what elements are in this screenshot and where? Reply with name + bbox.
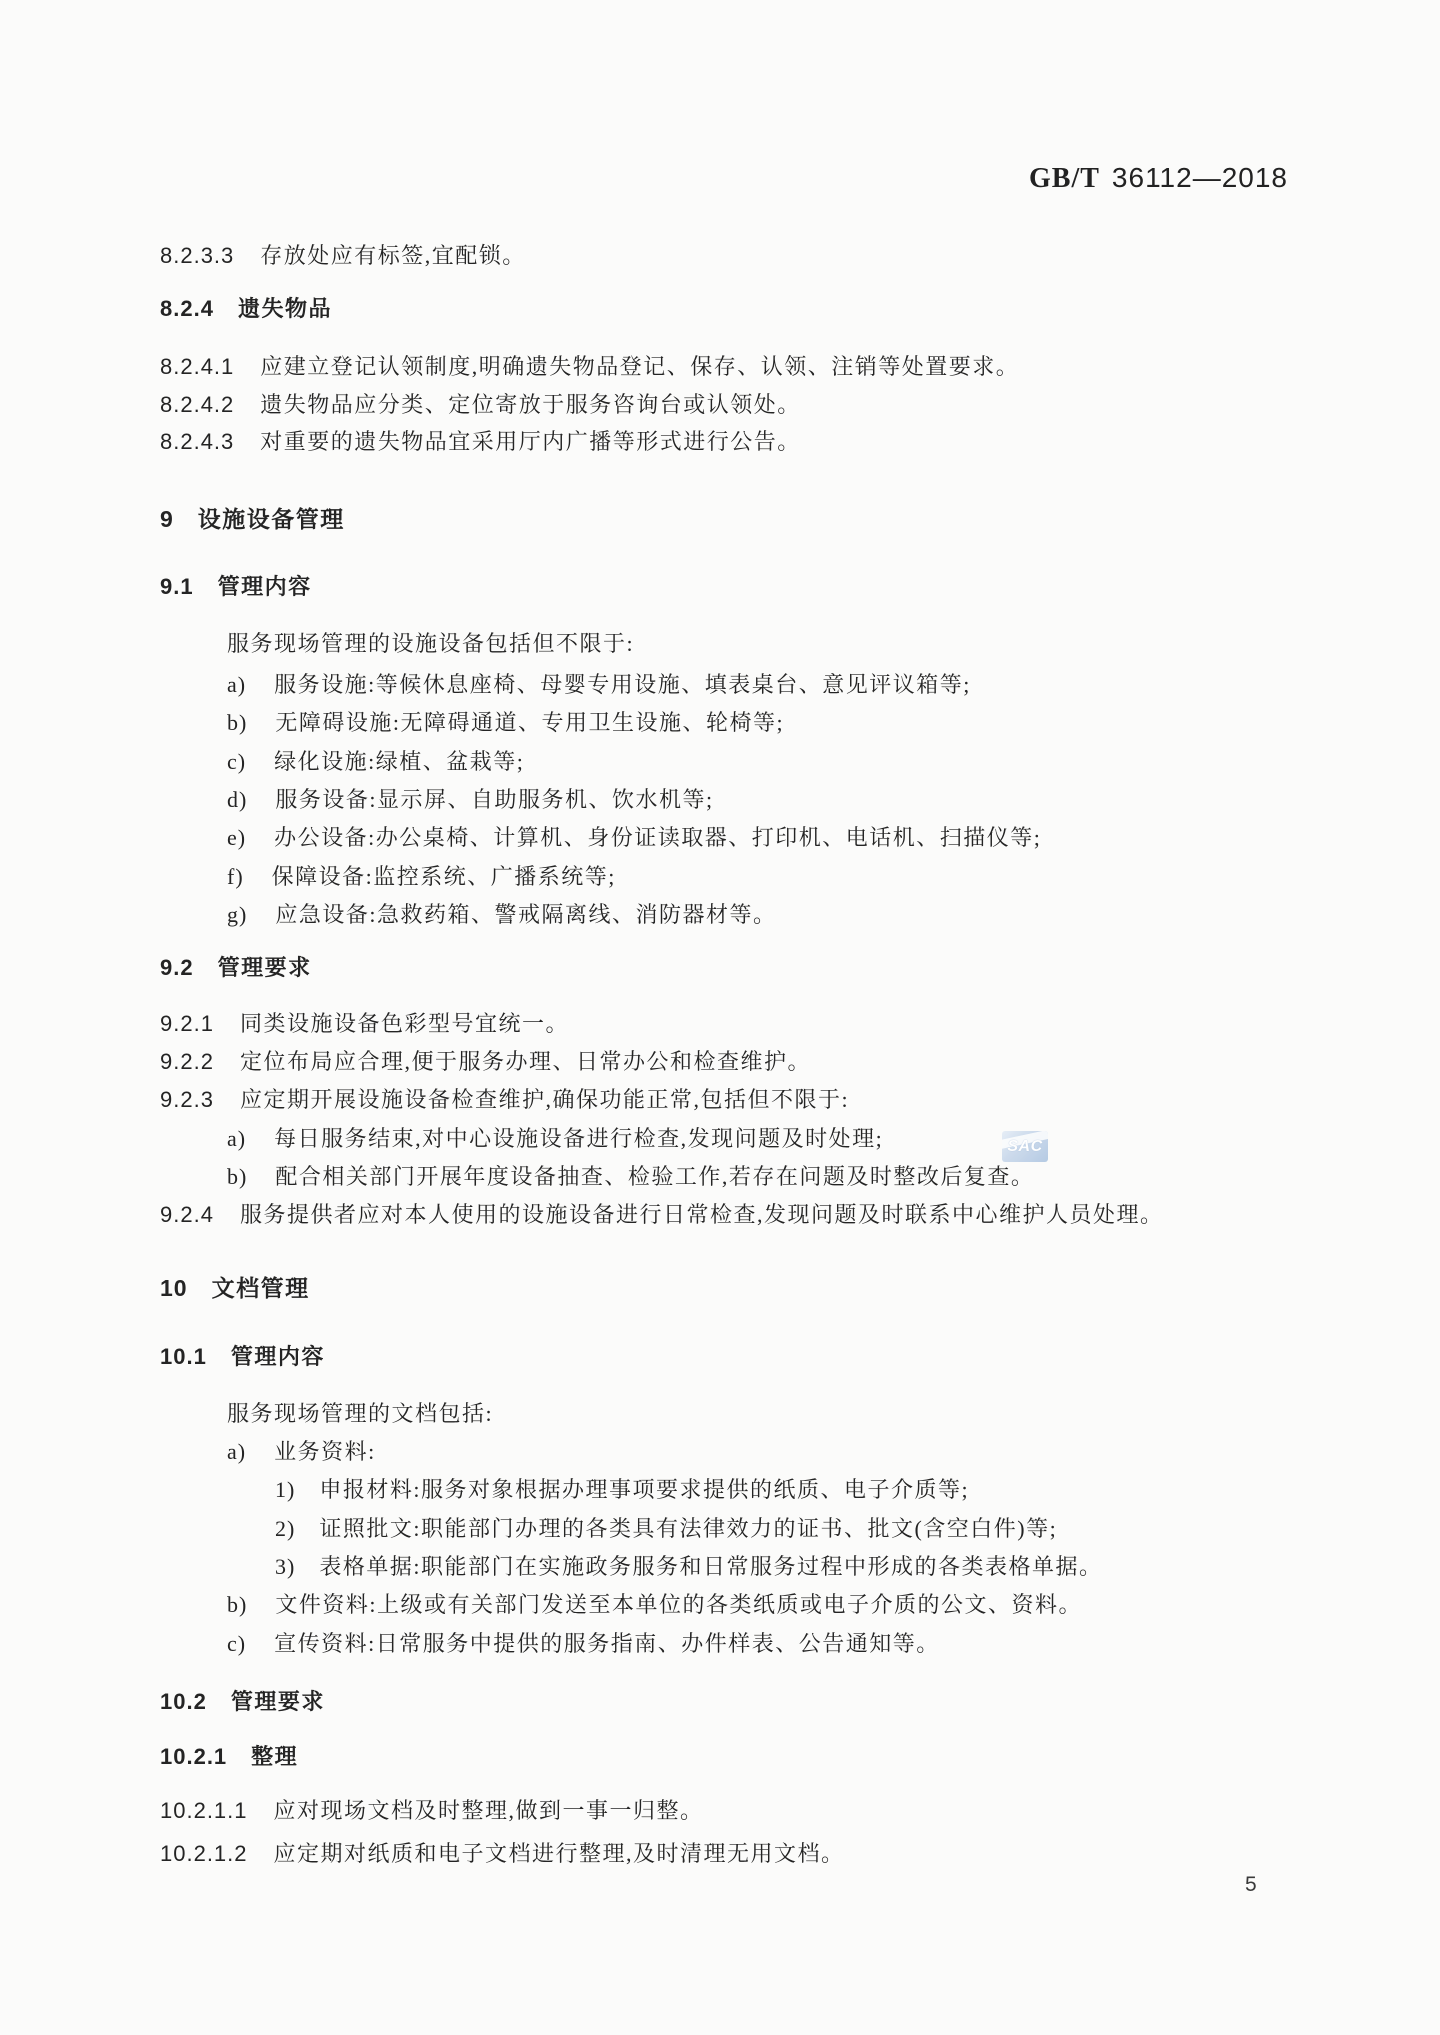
clause-text: 对重要的遗失物品宜采用厅内广播等形式进行公告。 [260, 430, 801, 454]
clause-text: 应定期对纸质和电子文档进行整理,及时清理无用文档。 [274, 1842, 845, 1866]
clause-8.2.3.3: 8.2.3.3 存放处应有标签,宜配锁。 [160, 244, 526, 268]
clause-number: 9.2.1 [160, 1012, 214, 1036]
list-item-b: b) 配合相关部门开展年度设备抽查、检验工作,若存在问题及时整改后复查。 [227, 1165, 1034, 1189]
list-item-f: f) 保障设备:监控系统、广播系统等; [227, 865, 616, 889]
standard-code-prefix: GB/T [1029, 163, 1100, 195]
clause-8.2.4.1: 8.2.4.1 应建立登记认领制度,明确遗失物品登记、保存、认领、注销等处置要求… [160, 355, 1019, 379]
list-item-a: a) 服务设施:等候休息座椅、母婴专用设施、填表桌台、意见评议箱等; [227, 673, 971, 697]
section-heading-10: 10 文档管理 [160, 1276, 310, 1301]
clause-number: 10.2.1.2 [160, 1842, 248, 1866]
sac-watermark-logo: SAC [1002, 1131, 1048, 1162]
clause-number: 8.2.4.1 [160, 355, 234, 379]
clause-number: 8.2.3.3 [160, 244, 234, 268]
heading-number: 9.2 [160, 956, 194, 980]
clause-text: 存放处应有标签,宜配锁。 [260, 244, 526, 268]
heading-text: 遗失物品 [238, 297, 332, 321]
list-marker: b) [227, 711, 247, 735]
heading-number: 8.2.4 [160, 297, 214, 321]
list-marker: a) [227, 673, 246, 697]
list-text: 保障设备:监控系统、广播系统等; [272, 865, 616, 889]
clause-number: 9.2.3 [160, 1088, 214, 1112]
heading-8.2.4: 8.2.4 遗失物品 [160, 297, 332, 321]
document-page: GB/T 36112—2018 8.2.3.3 存放处应有标签,宜配锁。 8.2… [0, 0, 1440, 2035]
list-item-b: b) 文件资料:上级或有关部门发送至本单位的各类纸质或电子介质的公文、资料。 [227, 1593, 1082, 1617]
list-text: 应急设备:急救药箱、警戒隔离线、消防器材等。 [275, 903, 776, 927]
heading-9.2: 9.2 管理要求 [160, 956, 312, 980]
clause-text: 服务提供者应对本人使用的设施设备进行日常检查,发现问题及时联系中心维护人员处理。 [240, 1203, 1164, 1227]
list-item-c: c) 宣传资料:日常服务中提供的服务指南、办件样表、公告通知等。 [227, 1632, 940, 1656]
heading-10.2: 10.2 管理要求 [160, 1690, 325, 1714]
heading-text: 整理 [251, 1745, 298, 1769]
list-text: 文件资料:上级或有关部门发送至本单位的各类纸质或电子介质的公文、资料。 [275, 1593, 1082, 1617]
paragraph-text: 服务现场管理的文档包括: [227, 1402, 493, 1426]
clause-10.2.1.2: 10.2.1.2 应定期对纸质和电子文档进行整理,及时清理无用文档。 [160, 1842, 845, 1866]
standard-code-number: 36112—2018 [1112, 162, 1288, 194]
clause-8.2.4.2: 8.2.4.2 遗失物品应分类、定位寄放于服务咨询台或认领处。 [160, 393, 801, 417]
page-number: 5 [1245, 1873, 1257, 1897]
clause-9.2.2: 9.2.2 定位布局应合理,便于服务办理、日常办公和检查维护。 [160, 1050, 811, 1074]
list-marker: a) [227, 1440, 246, 1464]
clause-8.2.4.3: 8.2.4.3 对重要的遗失物品宜采用厅内广播等形式进行公告。 [160, 430, 801, 454]
clause-number: 9.2.2 [160, 1050, 214, 1074]
heading-text: 管理要求 [218, 956, 312, 980]
section-heading-9: 9 设施设备管理 [160, 507, 345, 532]
list-marker: g) [227, 903, 247, 927]
clause-9.2.4: 9.2.4 服务提供者应对本人使用的设施设备进行日常检查,发现问题及时联系中心维… [160, 1203, 1163, 1227]
list-text: 服务设备:显示屏、自助服务机、饮水机等; [275, 788, 713, 812]
list-text: 办公设备:办公桌椅、计算机、身份证读取器、打印机、电话机、扫描仪等; [274, 826, 1041, 850]
list-marker: f) [227, 865, 244, 889]
sac-watermark-text: SAC [1007, 1138, 1042, 1156]
sublist-item-3: 3) 表格单据:职能部门在实施政务服务和日常服务过程中形成的各类表格单据。 [275, 1555, 1102, 1579]
list-marker: c) [227, 1632, 246, 1656]
list-text: 绿化设施:绿植、盆栽等; [274, 750, 524, 774]
heading-text: 管理内容 [231, 1345, 325, 1369]
sublist-marker: 2) [275, 1517, 295, 1541]
heading-number: 10.2 [160, 1690, 207, 1714]
list-text: 宣传资料:日常服务中提供的服务指南、办件样表、公告通知等。 [274, 1632, 940, 1656]
sublist-text: 申报材料:服务对象根据办理事项要求提供的纸质、电子介质等; [319, 1478, 969, 1502]
list-text: 服务设施:等候休息座椅、母婴专用设施、填表桌台、意见评议箱等; [274, 673, 971, 697]
sublist-text: 表格单据:职能部门在实施政务服务和日常服务过程中形成的各类表格单据。 [319, 1555, 1102, 1579]
paragraph-text: 服务现场管理的设施设备包括但不限于: [227, 632, 634, 656]
heading-number: 9.1 [160, 575, 194, 599]
list-item-a: a) 业务资料: [227, 1440, 376, 1464]
paragraph-intro-documents: 服务现场管理的文档包括: [227, 1402, 493, 1426]
clause-number: 8.2.4.2 [160, 393, 234, 417]
clause-text: 定位布局应合理,便于服务办理、日常办公和检查维护。 [240, 1050, 811, 1074]
clause-9.2.3: 9.2.3 应定期开展设施设备检查维护,确保功能正常,包括但不限于: [160, 1088, 849, 1112]
section-title: 设施设备管理 [198, 507, 345, 532]
clause-text: 应建立登记认领制度,明确遗失物品登记、保存、认领、注销等处置要求。 [260, 355, 1019, 379]
heading-text: 管理内容 [218, 575, 312, 599]
list-text: 配合相关部门开展年度设备抽查、检验工作,若存在问题及时整改后复查。 [275, 1165, 1034, 1189]
sublist-marker: 3) [275, 1555, 295, 1579]
sublist-marker: 1) [275, 1478, 295, 1502]
heading-text: 管理要求 [231, 1690, 325, 1714]
list-marker: b) [227, 1593, 247, 1617]
list-item-a: a) 每日服务结束,对中心设施设备进行检查,发现问题及时处理; [227, 1127, 883, 1151]
sublist-text: 证照批文:职能部门办理的各类具有法律效力的证书、批文(含空白件)等; [319, 1517, 1057, 1541]
list-text: 无障碍设施:无障碍通道、专用卫生设施、轮椅等; [275, 711, 784, 735]
standard-code-header: GB/T 36112—2018 [1029, 162, 1288, 195]
sublist-item-2: 2) 证照批文:职能部门办理的各类具有法律效力的证书、批文(含空白件)等; [275, 1517, 1057, 1541]
clause-10.2.1.1: 10.2.1.1 应对现场文档及时整理,做到一事一归整。 [160, 1799, 704, 1823]
clause-number: 8.2.4.3 [160, 430, 234, 454]
clause-9.2.1: 9.2.1 同类设施设备色彩型号宜统一。 [160, 1012, 569, 1036]
clause-text: 同类设施设备色彩型号宜统一。 [240, 1012, 569, 1036]
list-text: 每日服务结束,对中心设施设备进行检查,发现问题及时处理; [274, 1127, 883, 1151]
list-marker: b) [227, 1165, 247, 1189]
heading-10.2.1: 10.2.1 整理 [160, 1745, 298, 1769]
list-item-c: c) 绿化设施:绿植、盆栽等; [227, 750, 524, 774]
clause-text: 应对现场文档及时整理,做到一事一归整。 [274, 1799, 704, 1823]
heading-number: 10.1 [160, 1345, 207, 1369]
sublist-item-1: 1) 申报材料:服务对象根据办理事项要求提供的纸质、电子介质等; [275, 1478, 969, 1502]
list-marker: a) [227, 1127, 246, 1151]
clause-number: 10.2.1.1 [160, 1799, 248, 1823]
list-marker: c) [227, 750, 246, 774]
clause-text: 应定期开展设施设备检查维护,确保功能正常,包括但不限于: [240, 1088, 849, 1112]
list-marker: d) [227, 788, 247, 812]
section-number: 10 [160, 1276, 188, 1301]
paragraph-intro-facilities: 服务现场管理的设施设备包括但不限于: [227, 632, 634, 656]
clause-text: 遗失物品应分类、定位寄放于服务咨询台或认领处。 [260, 393, 801, 417]
list-text: 业务资料: [274, 1440, 376, 1464]
heading-10.1: 10.1 管理内容 [160, 1345, 325, 1369]
list-item-d: d) 服务设备:显示屏、自助服务机、饮水机等; [227, 788, 714, 812]
heading-9.1: 9.1 管理内容 [160, 575, 312, 599]
list-item-g: g) 应急设备:急救药箱、警戒隔离线、消防器材等。 [227, 903, 776, 927]
section-title: 文档管理 [212, 1276, 310, 1301]
section-number: 9 [160, 507, 174, 532]
heading-number: 10.2.1 [160, 1745, 227, 1769]
list-marker: e) [227, 826, 246, 850]
list-item-b: b) 无障碍设施:无障碍通道、专用卫生设施、轮椅等; [227, 711, 784, 735]
clause-number: 9.2.4 [160, 1203, 214, 1227]
list-item-e: e) 办公设备:办公桌椅、计算机、身份证读取器、打印机、电话机、扫描仪等; [227, 826, 1041, 850]
